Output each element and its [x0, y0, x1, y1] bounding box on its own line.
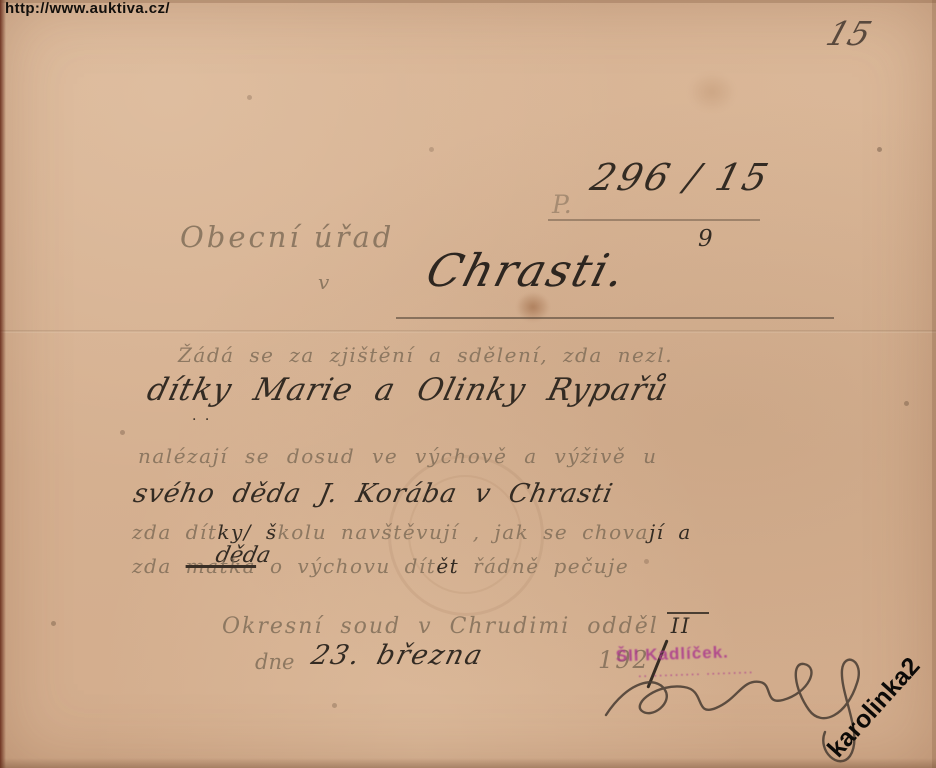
paper-stain [688, 72, 736, 112]
scan-edge-right [932, 0, 936, 768]
line5-faded-start: zda dít [132, 520, 217, 544]
place-name: Chrasti. [421, 244, 633, 297]
body-line-1: Žádá se za zjištění a sdělení, zda nezl. [178, 343, 673, 367]
body-line-4-guardian: svého děda J. Korába v Chrasti [131, 479, 616, 509]
line5-ink-tail: jí a [649, 520, 692, 544]
court-name: Okresní soud v Chrudimi odděl [222, 614, 659, 639]
scan-edge-left [0, 0, 6, 768]
line6-faded-mid: o výchovu dít [256, 554, 436, 578]
place-underline [396, 317, 834, 319]
line5-ink-correction: ky/ š [217, 520, 277, 544]
court-department: II [667, 612, 710, 638]
office-name: Obecní úřad [180, 220, 394, 254]
date-value: 23. března [308, 640, 487, 671]
body-line-3: nalézají se dosud ve výchově a výživě u [138, 444, 657, 468]
court-line: Okresní soud v Chrudimi oddělII [222, 614, 709, 639]
line5-faded-mid: kolu navštěvují , jak se chova [278, 520, 649, 544]
body-line-2-children-names: dítky Marie a Olinky Rypařů [144, 372, 673, 408]
body-line-6: zda matka o výchovu dítět řádně pečuje [132, 554, 629, 578]
reference-number: 296 / 15 [586, 156, 775, 199]
ink-dots: · · [192, 412, 211, 428]
scanned-document: http://www.auktiva.cz/ 15 P. 296 / 15 9 … [0, 0, 936, 768]
scan-edge-bottom [0, 758, 936, 768]
struck-word-matka: matka [186, 554, 256, 578]
line6-ink-ending: ět [436, 554, 459, 578]
scan-edge-top [0, 0, 936, 3]
office-preposition: v [318, 270, 329, 294]
reference-prefix: P. [552, 190, 572, 219]
date-label: dne [255, 650, 294, 674]
line6-faded-start: zda [132, 554, 186, 578]
body-line-5: zda dítky/ školu navštěvují , jak se cho… [132, 520, 692, 544]
line6-faded-tail: řádně pečuje [459, 554, 629, 578]
reference-underline [548, 219, 760, 221]
page-number: 15 [822, 14, 877, 53]
fold-crease [0, 330, 936, 333]
reference-subnumber: 9 [698, 226, 713, 252]
